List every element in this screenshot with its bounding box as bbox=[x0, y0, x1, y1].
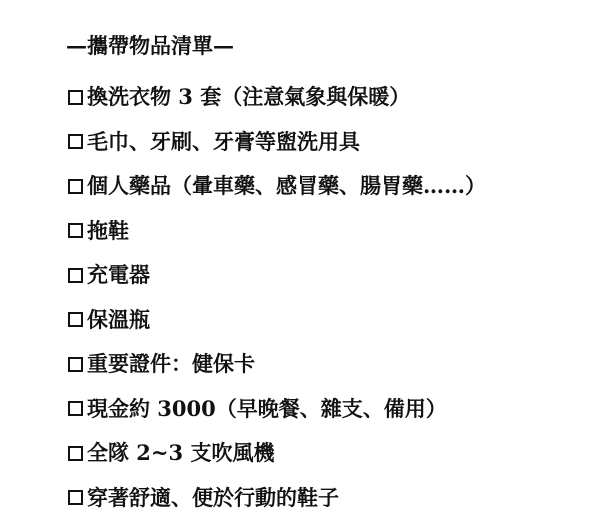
packing-list-document: —攜帶物品清單— 換洗衣物 3 套（注意氣象與保暖） 毛巾、牙刷、牙膏等盥洗用具… bbox=[66, 31, 596, 520]
checklist-item-label: 毛巾、牙刷、牙膏等盥洗用具 bbox=[87, 127, 360, 157]
checklist-item-shoes[interactable]: 穿著舒適、便於行動的鞋子 bbox=[66, 476, 596, 521]
checklist-item-label: 全隊 2~3 支吹風機 bbox=[87, 438, 274, 468]
checklist-item-label: 個人藥品（暈車藥、感冒藥、腸胃藥……） bbox=[87, 171, 486, 201]
checklist-item-label: 換洗衣物 3 套（注意氣象與保暖） bbox=[87, 82, 410, 112]
checklist-item-hairdryer[interactable]: 全隊 2~3 支吹風機 bbox=[66, 431, 596, 476]
checkbox-icon[interactable] bbox=[68, 312, 83, 327]
checkbox-icon[interactable] bbox=[68, 90, 83, 105]
checkbox-icon[interactable] bbox=[68, 490, 83, 505]
checklist-item-cash[interactable]: 現金約 3000（早晚餐、雜支、備用） bbox=[66, 387, 596, 432]
checkbox-icon[interactable] bbox=[68, 268, 83, 283]
checklist-item-documents[interactable]: 重要證件：健保卡 bbox=[66, 342, 596, 387]
checklist-item-label: 拖鞋 bbox=[87, 216, 129, 246]
checklist-item-thermos[interactable]: 保溫瓶 bbox=[66, 298, 596, 343]
checklist-item-slippers[interactable]: 拖鞋 bbox=[66, 209, 596, 254]
checkbox-icon[interactable] bbox=[68, 179, 83, 194]
checkbox-icon[interactable] bbox=[68, 401, 83, 416]
checklist-item-toiletries[interactable]: 毛巾、牙刷、牙膏等盥洗用具 bbox=[66, 120, 596, 165]
checklist-item-charger[interactable]: 充電器 bbox=[66, 253, 596, 298]
checkbox-icon[interactable] bbox=[68, 357, 83, 372]
checkbox-icon[interactable] bbox=[68, 134, 83, 149]
checklist-item-label: 充電器 bbox=[87, 260, 150, 290]
checklist-item-medicine[interactable]: 個人藥品（暈車藥、感冒藥、腸胃藥……） bbox=[66, 164, 596, 209]
checklist-item-label: 保溫瓶 bbox=[87, 305, 150, 335]
checkbox-icon[interactable] bbox=[68, 446, 83, 461]
checklist-item-label: 重要證件：健保卡 bbox=[87, 349, 255, 379]
checklist-item-label: 穿著舒適、便於行動的鞋子 bbox=[87, 483, 339, 513]
checklist-item-clothes[interactable]: 換洗衣物 3 套（注意氣象與保暖） bbox=[66, 75, 596, 120]
checklist-item-label: 現金約 3000（早晚餐、雜支、備用） bbox=[87, 394, 447, 424]
document-title: —攜帶物品清單— bbox=[66, 31, 596, 61]
checkbox-icon[interactable] bbox=[68, 223, 83, 238]
